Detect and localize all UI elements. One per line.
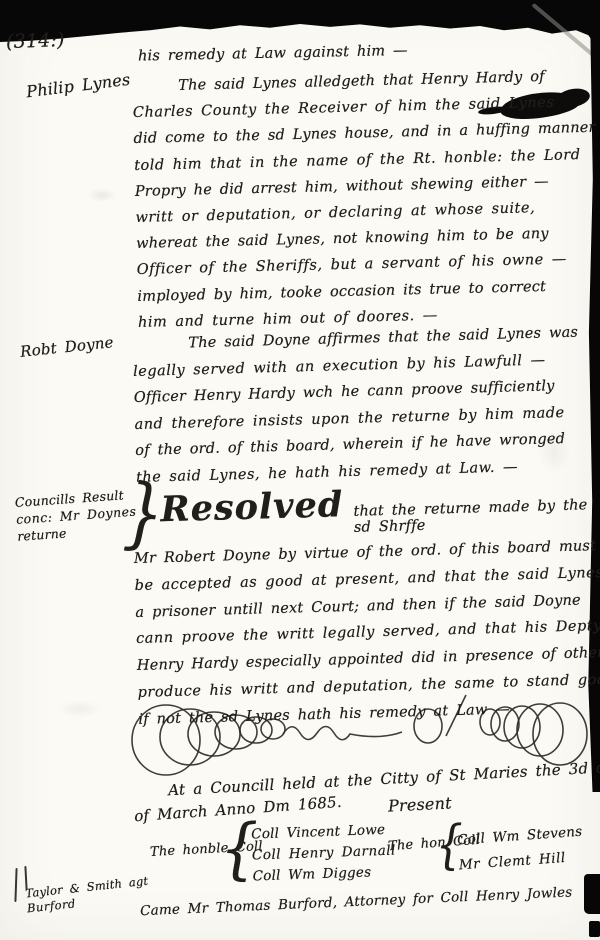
resolved-heading-line: Resolved that the returne made by the sd… (160, 477, 593, 541)
margin-note-philip-lynes: Philip Lynes (25, 70, 131, 102)
opening-line: his remedy at Law against him — (138, 39, 568, 64)
pen-tick-mark (14, 868, 17, 902)
attendees-right-names: Coll Wm StevensMr Clemt Hill (456, 820, 584, 879)
attorney-appearance-line: Came Mr Thomas Burford, Attorney for Col… (140, 883, 600, 919)
pen-flourish-right (446, 695, 587, 765)
manuscript-line: Coll Wm Digges (252, 861, 397, 887)
paragraph-doyne-answer: The said Doyne affirmes that the said Ly… (132, 319, 592, 491)
pen-flourish-left (132, 705, 442, 775)
paper-stain (88, 188, 116, 202)
paper-stain (58, 700, 102, 718)
paragraph-lynes-allegation: The said Lynes alledgeth that Henry Hard… (132, 63, 594, 336)
margin-note-robt-doyne: Robt Doyne (19, 333, 114, 361)
present-label: Present (388, 793, 453, 815)
scan-edge-top (0, 0, 600, 42)
manuscript-page: (314:) Philip Lynes Robt Doyne Councills… (0, 0, 600, 940)
scan-mark-corner (589, 921, 600, 937)
attendees-left-names: Coll Vincent LoweColl Henry DarnallColl … (251, 820, 397, 888)
resolved-line-rest: that the returne made by the sd Shrffe (353, 497, 593, 536)
page-number: (314:) (6, 29, 65, 53)
margin-note-council-result: Councills Resultconc: Mr Doynesreturne (14, 486, 129, 545)
margin-note-bottom: Taylor & Smith agtBurford (25, 874, 151, 917)
resolved-word: Resolved (160, 484, 344, 530)
